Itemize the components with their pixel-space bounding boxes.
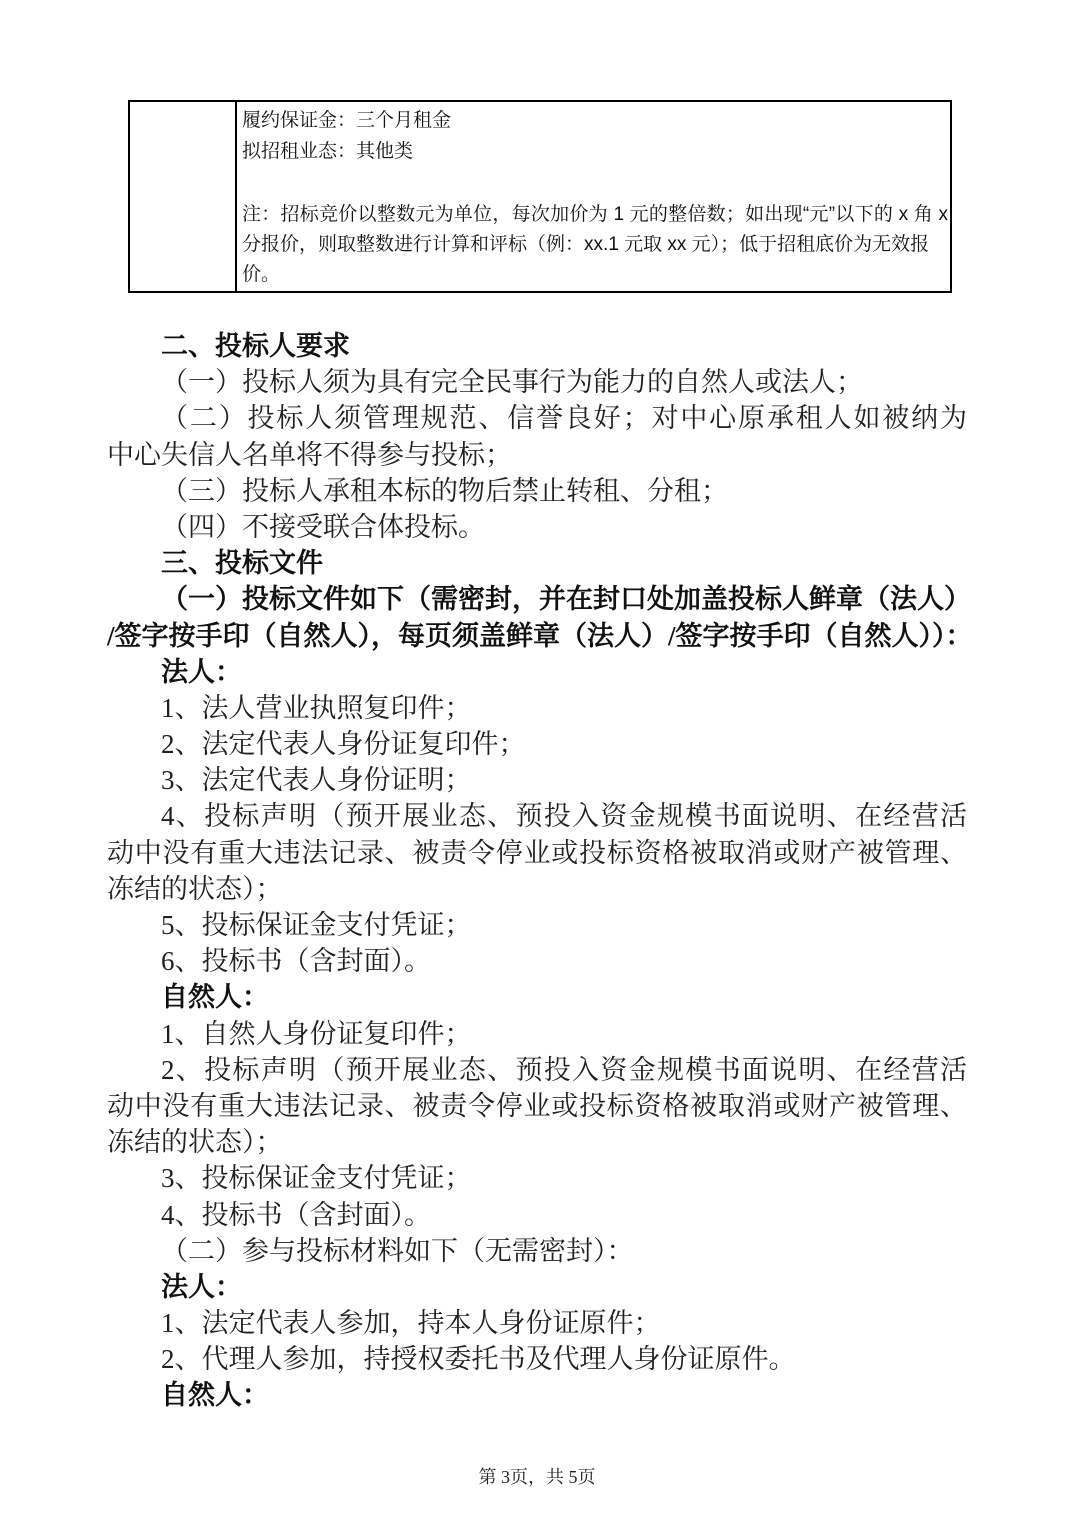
body-line: 3、投标保证金支付凭证； xyxy=(107,1160,967,1196)
body-line: 2、法定代表人身份证复印件； xyxy=(107,726,967,762)
body-line: 1、自然人身份证复印件； xyxy=(107,1016,967,1052)
body-line: （二）参与投标材料如下（无需密封）： xyxy=(107,1233,967,1269)
performance-bond-line: 履约保证金：三个月租金 xyxy=(242,105,948,136)
body-line: 二、投标人要求 xyxy=(107,328,967,364)
body-line: 2、投标声明（预开展业态、预投入资金规模书面说明、在经营活 xyxy=(107,1052,967,1088)
body-line: 自然人： xyxy=(107,1377,967,1413)
body-line: 1、法人营业执照复印件； xyxy=(107,690,967,726)
document-page: { "page": { "background": "#ffffff", "te… xyxy=(0,0,1074,1520)
body-line: 法人： xyxy=(107,654,967,690)
business-type-line: 拟招租业态：其他类 xyxy=(242,136,948,167)
body-line: 冻结的状态）； xyxy=(107,871,967,907)
body-line: （四）不接受联合体投标。 xyxy=(107,509,967,545)
body-line: 1、法定代表人参加，持本人身份证原件； xyxy=(107,1305,967,1341)
page-number: 第 3页，共 5页 xyxy=(0,1464,1074,1490)
body-line: （一）投标文件如下（需密封，并在封口处加盖投标人鲜章（法人） xyxy=(107,581,967,617)
document-body: 二、投标人要求（一）投标人须为具有完全民事行为能力的自然人或法人；（二）投标人须… xyxy=(107,328,967,1414)
table-cell-spacer xyxy=(242,167,948,200)
info-table-label-cell xyxy=(130,102,237,291)
body-line: 动中没有重大违法记录、被责令停业或投标资格被取消或财产被管理、 xyxy=(107,1088,967,1124)
info-table: 履约保证金：三个月租金 拟招租业态：其他类 注：招标竞价以整数元为单位，每次加价… xyxy=(128,100,952,293)
body-line: 中心失信人名单将不得参与投标； xyxy=(107,437,967,473)
body-line: 4、投标声明（预开展业态、预投入资金规模书面说明、在经营活 xyxy=(107,798,967,834)
body-line: （一）投标人须为具有完全民事行为能力的自然人或法人； xyxy=(107,364,967,400)
body-line: 冻结的状态）； xyxy=(107,1124,967,1160)
body-line: 法人： xyxy=(107,1269,967,1305)
body-line: 6、投标书（含封面）。 xyxy=(107,943,967,979)
body-line: 3、法定代表人身份证明； xyxy=(107,762,967,798)
info-table-content-cell: 履约保证金：三个月租金 拟招租业态：其他类 注：招标竞价以整数元为单位，每次加价… xyxy=(237,102,950,291)
body-line: 三、投标文件 xyxy=(107,545,967,581)
body-line: 2、代理人参加，持授权委托书及代理人身份证原件。 xyxy=(107,1341,967,1377)
body-line: 自然人： xyxy=(107,979,967,1015)
bid-note-line-1: 注：招标竞价以整数元为单位，每次加价为 1 元的整倍数；如出现“元”以下的 x … xyxy=(242,200,948,230)
body-line: 4、投标书（含封面）。 xyxy=(107,1197,967,1233)
body-line: （二）投标人须管理规范、信誉良好；对中心原承租人如被纳为 xyxy=(107,400,967,436)
body-line: （三）投标人承租本标的物后禁止转租、分租； xyxy=(107,473,967,509)
body-line: /签字按手印（自然人），每页须盖鲜章（法人）/签字按手印（自然人））： xyxy=(107,618,967,654)
body-line: 动中没有重大违法记录、被责令停业或投标资格被取消或财产被管理、 xyxy=(107,835,967,871)
bid-note-line-2: 分报价，则取整数进行计算和评标（例：xx.1 元取 xx 元）；低于招租底价为无… xyxy=(242,230,948,290)
body-line: 5、投标保证金支付凭证； xyxy=(107,907,967,943)
